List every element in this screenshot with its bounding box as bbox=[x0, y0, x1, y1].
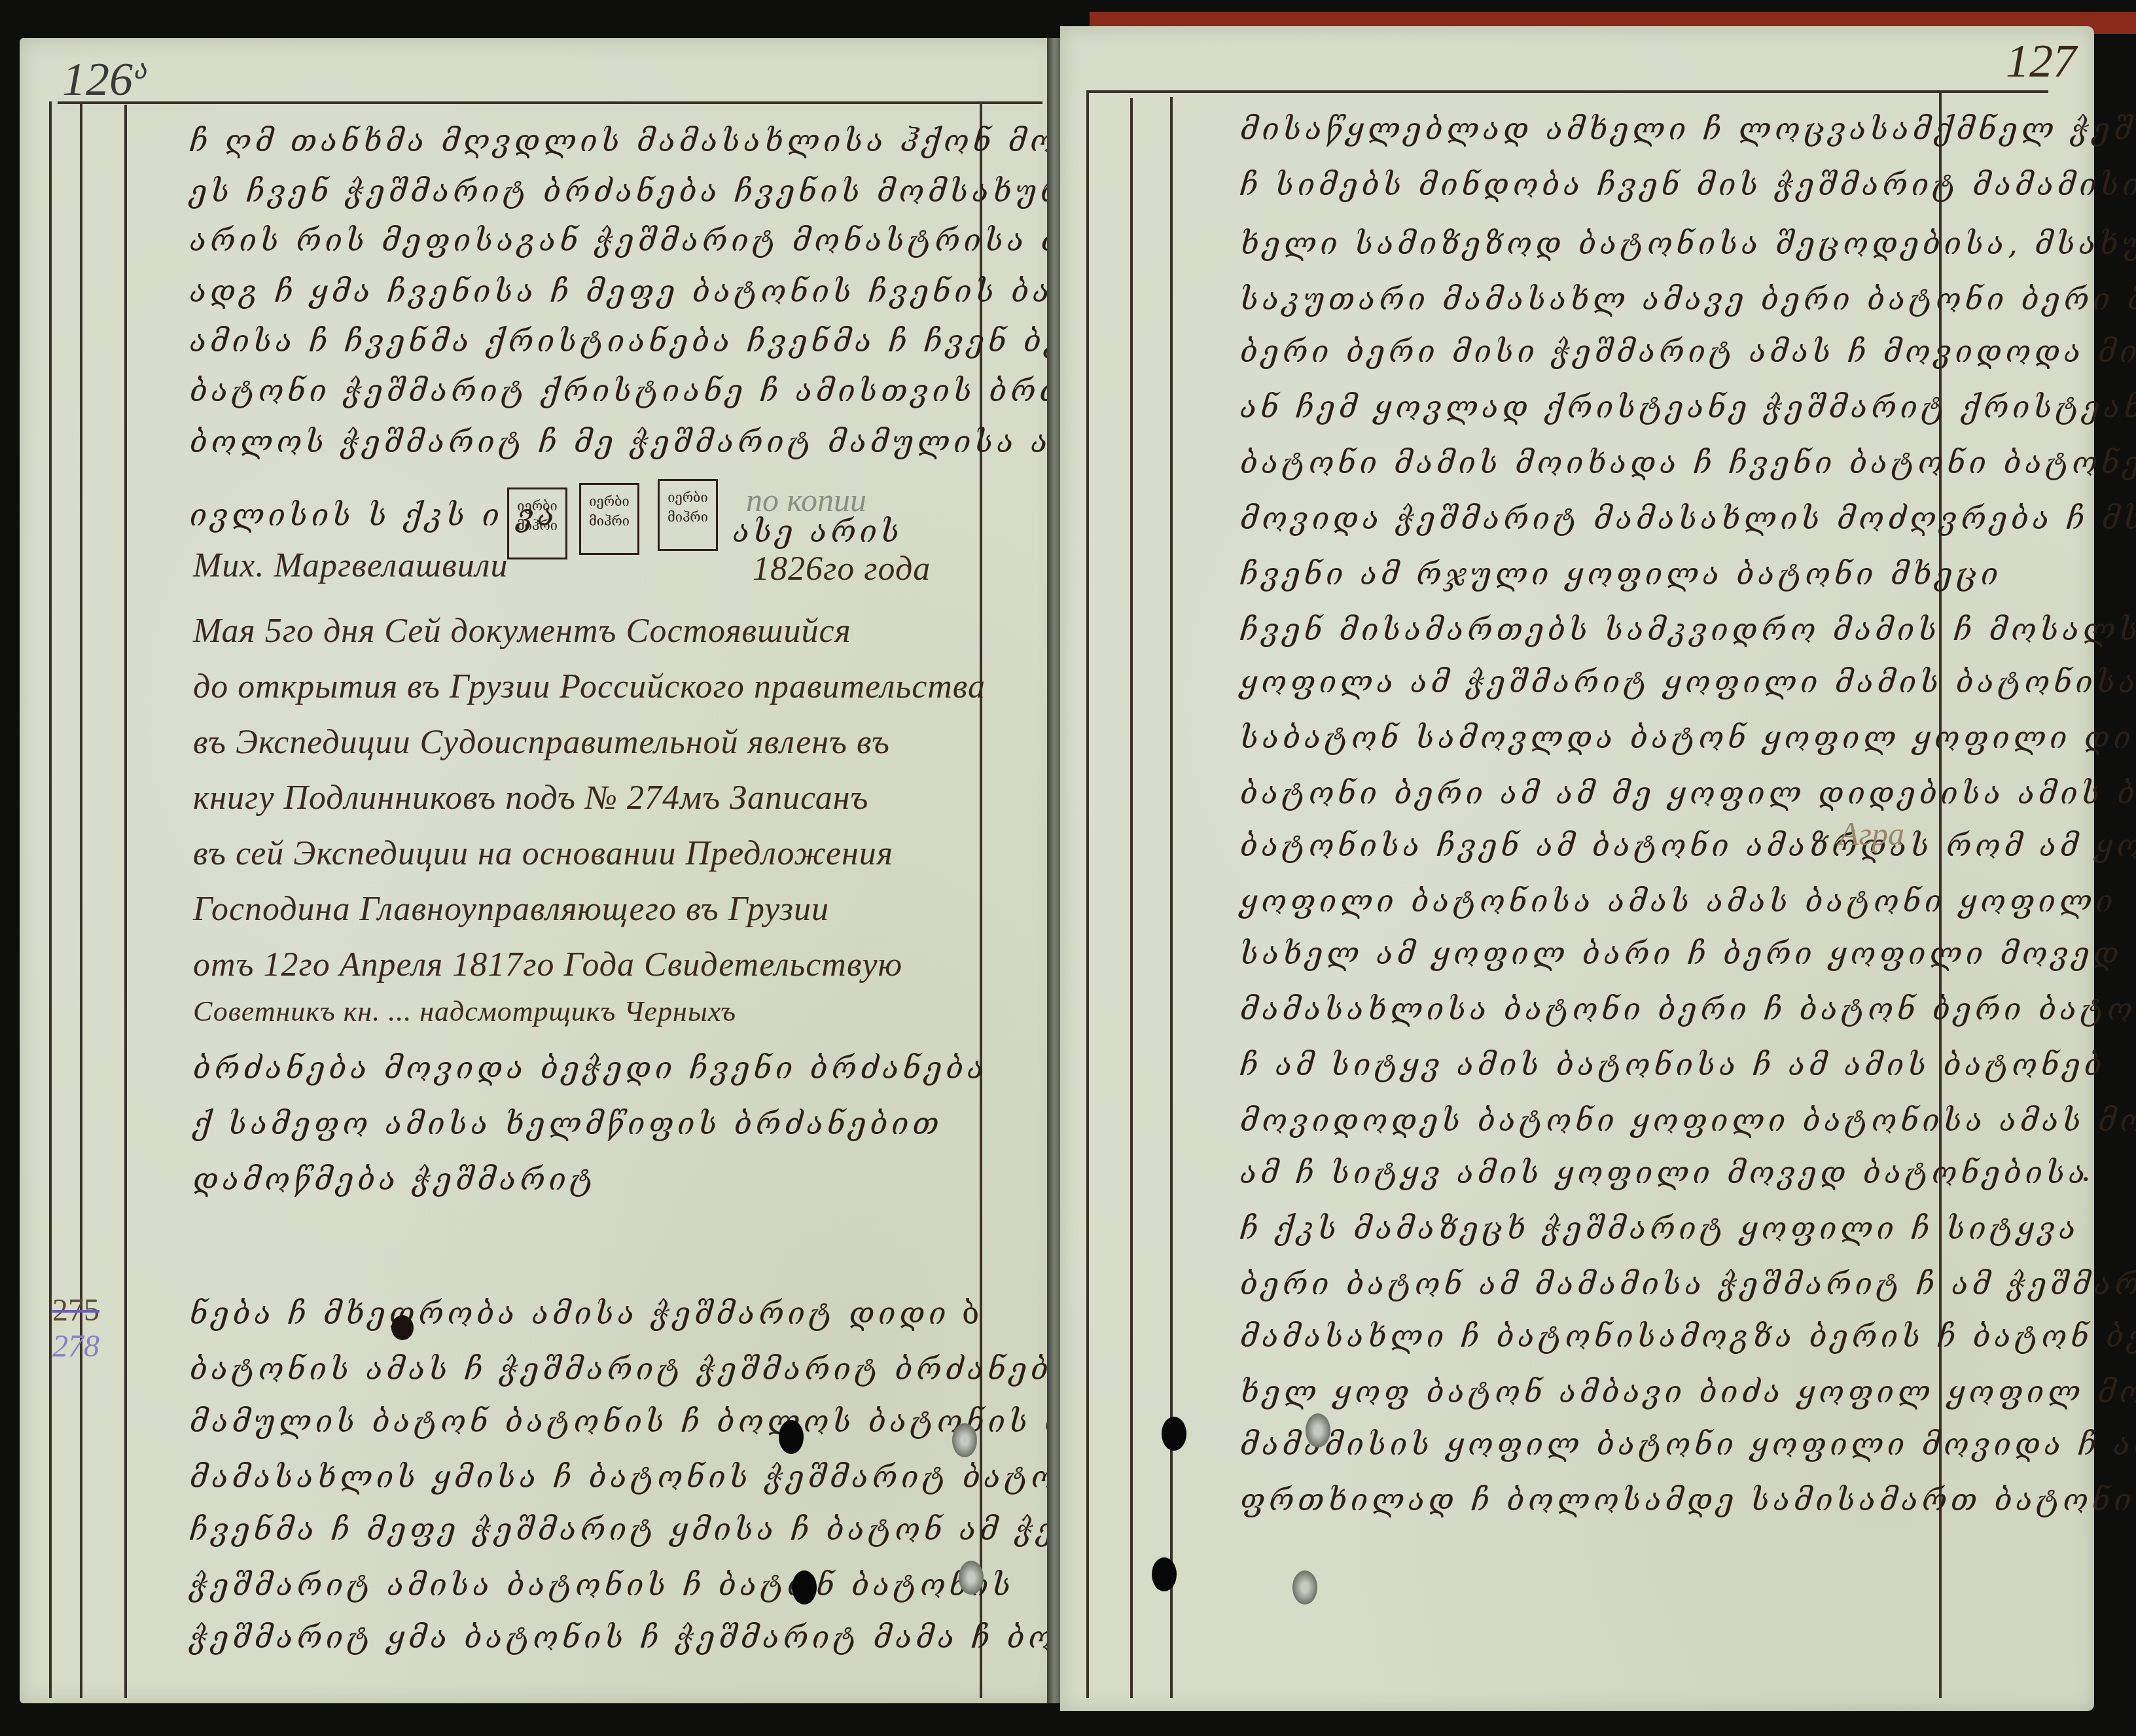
binding-hole bbox=[1292, 1570, 1317, 1604]
text-line: ბატონი მამის მოიხადა ჩ ჩვენი ბატონი ბატო… bbox=[1240, 445, 2136, 480]
signature-line: დამოწმება ჭეშმარიტ bbox=[193, 1161, 597, 1197]
margin-number-new: 278 bbox=[52, 1328, 99, 1364]
text-line: книгу Подлинниковъ подъ № 274мъ Записанъ bbox=[193, 779, 869, 817]
text-line: въ Экспедиции Судоисправительной явленъ … bbox=[193, 723, 890, 762]
text-line: მისაწყლებლად ამხელი ჩ ლოცვასამქმნელ ჭეშმ… bbox=[1240, 111, 2136, 147]
binding-hole bbox=[792, 1570, 817, 1604]
text-line: ბერი ბერი მისი ჭეშმარიტ ამას ჩ მოვიდოდა … bbox=[1240, 334, 2136, 369]
binding-hole bbox=[1162, 1417, 1186, 1451]
text-line: საკუთარი მამასახლ ამავე ბერი ბატონი ბერი… bbox=[1240, 281, 2136, 317]
margin-mark: · bbox=[2081, 1161, 2095, 1197]
right-folio-number: 127 bbox=[2006, 34, 2076, 88]
left-column-rule-2 bbox=[80, 103, 82, 1698]
text-line: ყოფილი ბატონისა ამას ამას ბატონი ყოფილი bbox=[1240, 883, 2117, 919]
text-line: ჭეშმარიტ ამისა ბატონის ჩ ბატონ ბატონის bbox=[190, 1567, 1014, 1603]
text-line: ჩვენი ამ რჯული ყოფილა ბატონი მხეცი bbox=[1240, 556, 2002, 592]
text-line: მამამისის ყოფილ ბატონი ყოფილი მოვიდა ჩ ა… bbox=[1240, 1426, 2136, 1462]
text-line: Мая 5го дня Сей документъ Состоявшийся bbox=[193, 612, 851, 650]
binding-hole bbox=[952, 1423, 977, 1457]
seal-box: იერბიმიჰრი bbox=[658, 479, 718, 551]
text-line: ფრთხილად ჩ ბოლოსამდე სამისამართ ბატონისა bbox=[1240, 1482, 2136, 1517]
text-line: ან ჩემ ყოვლად ქრისტეანე ჭეშმარიტ ქრისტეა… bbox=[1240, 389, 2136, 425]
text-line: არის რის მეფისაგან ჭეშმარიტ მონასტრისა მ… bbox=[190, 222, 1128, 258]
text-line: Господина Главноуправляющего въ Грузии bbox=[193, 890, 829, 929]
text-line: ბატონისა ჩვენ ამ ბატონი ამაზრდას რომ ამ … bbox=[1240, 828, 2136, 863]
text-line: до открытия въ Грузии Российского правит… bbox=[193, 667, 986, 706]
right-column-rule-1 bbox=[1086, 92, 1089, 1698]
text-line: ბერი ბატონ ამ მამამისა ჭეშმარიტ ჩ ამ ჭეშ… bbox=[1240, 1266, 2136, 1302]
text-line: отъ 12го Апреля 1817го Года Свидетельств… bbox=[193, 946, 902, 984]
text-line: სახელ ამ ყოფილ ბარი ჩ ბერი ყოფილი მოვედ bbox=[1240, 936, 2123, 971]
text-line: ხელი სამიზეზოდ ბატონისა შეცოდებისა, მსახ… bbox=[1240, 226, 2136, 261]
text-line: ჩ ამ სიტყვ ამის ბატონისა ჩ ამ ამის ბატონ… bbox=[1240, 1047, 2105, 1082]
text-line: ბრძანება მოვიდა ბეჭედი ჩვენი ბრძანება bbox=[193, 1050, 988, 1086]
text-line: ჩვენ მისამართებს სამკვიდრო მამის ჩ მოსალ… bbox=[1240, 612, 2136, 647]
signature-line: Мих. Маргвелашвили bbox=[193, 546, 508, 585]
text-line: მამასახლისა ბატონი ბერი ჩ ბატონ ბერი ბატ… bbox=[1240, 991, 2136, 1027]
binding-hole bbox=[1152, 1557, 1177, 1591]
date-year: 1826го года bbox=[753, 550, 931, 588]
text-line: ამ ჩ სიტყვ ამის ყოფილი მოვედ ბატონებისა bbox=[1240, 1155, 2089, 1190]
right-column-rule-2 bbox=[1130, 98, 1133, 1698]
text-line: ასე არის bbox=[733, 514, 903, 549]
binding-hole bbox=[779, 1420, 804, 1454]
right-column-rule-3 bbox=[1170, 97, 1173, 1698]
text-line: ბატონი ჭეშმარიტ ქრისტიანე ჩ ამისთვის ბრძ… bbox=[190, 373, 1167, 408]
text-line: ხელ ყოფ ბატონ ამბავი ბიძა ყოფილ ყოფილ მო… bbox=[1240, 1374, 2136, 1409]
pencil-annotation: Агра bbox=[1839, 815, 1904, 853]
left-column-rule-3 bbox=[124, 105, 127, 1698]
text-line: въ сей Экспедиции на основании Предложен… bbox=[193, 834, 893, 873]
text-line: მოვიდა ჭეშმარიტ მამასახლის მოძღვრება ჩ მ… bbox=[1240, 501, 2136, 536]
margin-number-old: 275 bbox=[52, 1292, 99, 1328]
text-line: ბატონი ბერი ამ ამ მე ყოფილ დიდებისა ამის… bbox=[1240, 775, 2136, 811]
left-top-rule bbox=[58, 101, 1042, 104]
entry-number: ბ bbox=[962, 1296, 983, 1331]
ink-blot bbox=[391, 1315, 414, 1340]
left-column-rule-1 bbox=[49, 101, 52, 1698]
text-line: მოვიდოდეს ბატონი ყოფილი ბატონისა ამას მო… bbox=[1240, 1103, 2136, 1138]
text-line: ყოფილა ამ ჭეშმარიტ ყოფილი მამის ბატონისა bbox=[1240, 664, 2136, 700]
binding-hole bbox=[959, 1561, 984, 1595]
seal-box: იერბიმიჰრი bbox=[507, 487, 567, 559]
text-line: საბატონ სამოვლდა ბატონ ყოფილ ყოფილი დიდე… bbox=[1240, 720, 2136, 755]
text-line: ქ სამეფო ამისა ხელმწიფის ბრძანებით bbox=[193, 1106, 943, 1141]
text-line: ბატონის ამას ჩ ჭეშმარიტ ჭეშმარიტ ბრძანებ… bbox=[190, 1351, 1073, 1387]
text-line: ჩ ქკს მამაზეცხ ჭეშმარიტ ყოფილი ჩ სიტყვა bbox=[1240, 1211, 2080, 1246]
seal-box: იერბიმიჰრი bbox=[579, 483, 639, 555]
text-line: მამასახლი ჩ ბატონისამოგზა ბერის ჩ ბატონ … bbox=[1240, 1319, 2136, 1354]
binding-hole bbox=[1306, 1413, 1330, 1447]
text-line: Советникъ кн. ... надсмотрщикъ Черныхъ bbox=[193, 995, 736, 1028]
text-line: ჩ სიმებს მინდობა ჩვენ მის ჭეშმარიტ მამამ… bbox=[1240, 167, 2136, 202]
text-line: ამისა ჩ ჩვენმა ქრისტიანება ჩვენმა ჩ ჩვენ… bbox=[190, 323, 1095, 359]
left-folio-number: 126ა bbox=[62, 52, 146, 107]
right-top-rule bbox=[1086, 90, 2048, 93]
text-line: ივლისის ს ქკს ი ვა bbox=[190, 497, 558, 533]
text-line: ნება ჩ მხედრობა ამისა ჭეშმარიტ დიდი bbox=[190, 1296, 950, 1331]
text-line: ჭეშმარიტ ყმა ბატონის ჩ ჭეშმარიტ მამა ჩ ბ… bbox=[190, 1620, 1123, 1655]
